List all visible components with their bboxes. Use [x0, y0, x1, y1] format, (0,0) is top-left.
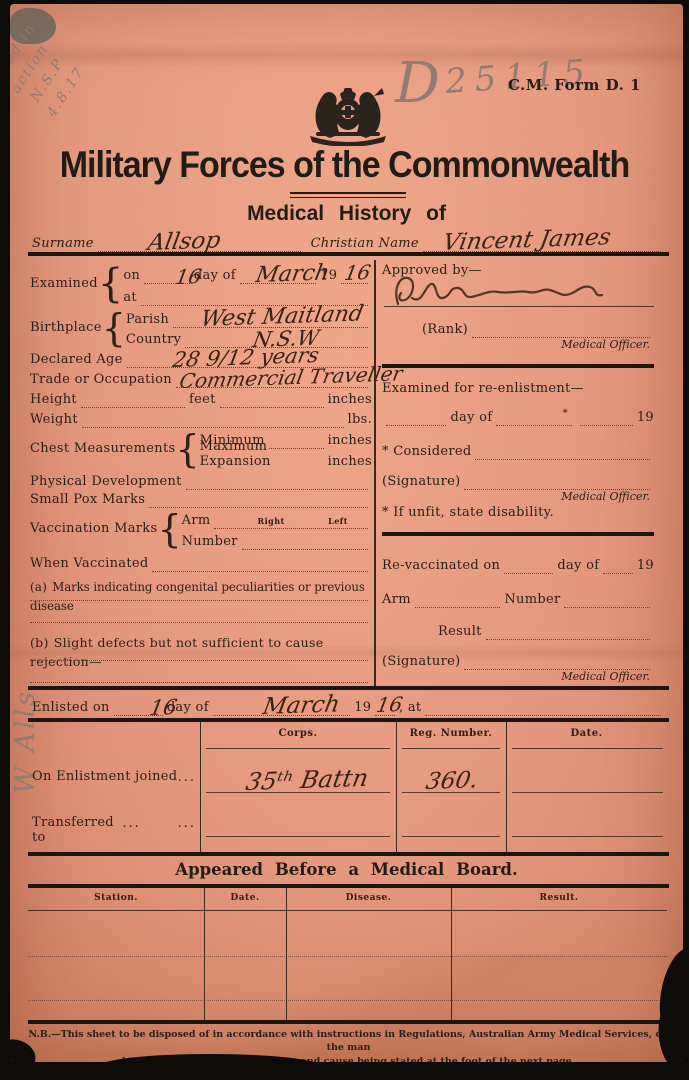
date-cell — [512, 836, 663, 837]
height-feet-field — [81, 392, 185, 408]
parish-row: Parish West Maitland — [126, 308, 372, 328]
table-column-line — [506, 722, 507, 852]
reg-number-cell — [402, 836, 500, 837]
signature-field-2 — [464, 654, 650, 670]
medical-board-table: Station. Date. Disease. Result. — [28, 888, 667, 1021]
day-of-label: day of — [450, 411, 492, 426]
form-number: C.M. Form D. 1 — [508, 76, 641, 94]
year-prefix: 19 — [354, 701, 371, 716]
inches-label: inches — [328, 434, 372, 449]
considered-field — [475, 444, 650, 460]
weight-row: Weight lbs. — [30, 408, 372, 428]
enlisted-year-field: 16 — [375, 700, 395, 716]
chest-label: Chest Measurements — [30, 442, 175, 457]
a-text: Marks indicating congenital peculiaritie… — [30, 580, 365, 613]
medical-officer-caption: Medical Officer. — [561, 670, 650, 683]
blank-field-line — [30, 660, 368, 661]
considered-row: * Considered — [382, 440, 654, 460]
christian-name-label: Christian Name — [311, 237, 419, 252]
surname-field: Allsop — [98, 236, 301, 252]
result-field — [486, 624, 650, 640]
rank-label: (Rank) — [422, 323, 468, 338]
medical-officer-signature — [390, 272, 622, 310]
result-label: Result — [438, 625, 482, 640]
trade-field: Commercial Traveller — [176, 372, 368, 388]
column-divider — [374, 260, 376, 686]
surname-label: Surname — [32, 237, 94, 252]
date-header: Date. — [204, 893, 286, 903]
left-arm-caption: Left — [328, 516, 348, 526]
empty-row-line — [28, 1000, 667, 1001]
examination-column: Examined on 16 day of March 19 16 at Bir… — [30, 260, 372, 688]
enlisted-on-label: Enlisted on — [32, 701, 110, 716]
reenlist-month-field: * — [496, 410, 572, 426]
vaccination-number-field — [242, 534, 368, 550]
physical-field — [186, 474, 368, 490]
row-label: Transferred to — [32, 816, 122, 846]
signature-row-2: (Signature) — [382, 650, 654, 670]
year-field: 16 — [341, 268, 368, 284]
result-header: Result. — [451, 893, 667, 903]
section-rule — [382, 532, 654, 536]
when-vaccinated-field — [152, 556, 368, 572]
smallpox-label: Small Pox Marks — [30, 493, 145, 508]
chest-min-field — [269, 433, 324, 449]
physical-label: Physical Development — [30, 475, 182, 490]
b-text: Slight defects but not sufficient to cau… — [30, 635, 323, 669]
medical-board-title: Appeared Before a Medical Board. — [10, 860, 683, 879]
when-vaccinated-label: When Vaccinated — [30, 557, 148, 572]
section-rule — [28, 884, 669, 888]
table-column-line — [200, 722, 201, 852]
enlisted-row: Enlisted on 16 day of March 19 16 , at — [32, 692, 665, 716]
corps-cell — [206, 836, 390, 837]
christian-name-field: Vincent James — [423, 236, 661, 252]
inches-label: inches — [328, 393, 372, 408]
year-prefix: 19 — [637, 411, 654, 426]
subtitle: Medical History of — [10, 202, 683, 226]
smallpox-field — [149, 492, 368, 508]
weight-label: Weight — [30, 413, 78, 428]
disease-header: Disease. — [286, 893, 451, 903]
asterisk-mark: * — [563, 408, 568, 420]
examined-group: Examined on 16 day of March 19 16 at — [30, 262, 372, 306]
date-header: Date. — [506, 728, 667, 739]
scanned-form-page: Killed in action N.S.P 4.8.17 D 25115 C.… — [10, 4, 683, 1062]
a-label: (a) — [30, 580, 47, 594]
vaccination-group: Vaccination Marks Arm Right Left Number — [30, 508, 372, 550]
section-rule — [28, 252, 669, 256]
reenlistment-label: Examined for re-enlistment— — [382, 382, 584, 397]
signature-label: (Signature) — [382, 475, 460, 490]
trade-row: Trade or Occupation Commercial Traveller — [30, 368, 372, 388]
corps-value: 35ᵗʰ Battn — [244, 766, 370, 794]
revaccinated-label: Re-vaccinated on — [382, 559, 500, 574]
weight-field — [82, 412, 344, 428]
approval-column: Approved by— (Rank) Medical Officer. Exa… — [382, 260, 660, 688]
right-arm-caption: Right — [257, 516, 284, 526]
rank-field — [472, 322, 650, 338]
country-label: Country — [126, 333, 181, 348]
enlisted-day-field: 16 — [114, 700, 163, 716]
title-divider — [290, 192, 406, 198]
arm-label: Arm — [182, 514, 211, 529]
height-label: Height — [30, 393, 77, 408]
section-rule — [28, 852, 669, 856]
trade-value: Commercial Traveller — [178, 363, 404, 391]
section-rule — [28, 686, 669, 690]
number-field — [564, 592, 650, 608]
row-label: On Enlistment joined — [32, 770, 177, 785]
rank-row: (Rank) — [422, 318, 654, 338]
chest-max-row: Maximum Expansion inches — [200, 449, 372, 470]
when-vaccinated-row: When Vaccinated — [30, 552, 372, 572]
medical-officer-caption: Medical Officer. — [561, 490, 650, 503]
station-header: Station. — [28, 893, 204, 903]
header-underline — [402, 748, 500, 749]
defects-b-row: (b) Slight defects but not sufficient to… — [30, 632, 372, 670]
considered-label: * Considered — [382, 445, 471, 460]
chest-group: Chest Measurements Minimum inches Maximu… — [30, 428, 372, 470]
name-row: Surname Allsop Christian Name Vincent Ja… — [32, 228, 665, 252]
number-label: Number — [182, 535, 238, 550]
blank-field-line — [30, 600, 368, 601]
smallpox-row: Small Pox Marks — [30, 490, 372, 508]
if-unfit-label: * If unfit, state disability. — [382, 506, 554, 521]
vaccination-label: Vaccination Marks — [30, 522, 157, 537]
page-title: Military Forces of the Commonwealth — [20, 144, 669, 187]
table-column-line — [286, 888, 287, 1021]
examined-on-row: on 16 day of March 19 16 — [123, 262, 372, 284]
arm-label: Arm — [382, 593, 411, 608]
declared-age-label: Declared Age — [30, 353, 123, 368]
header-underline — [28, 910, 667, 911]
row-dots: ... ... — [122, 816, 196, 846]
enlisted-month-field: March — [213, 700, 350, 716]
arm-field — [415, 592, 501, 608]
revacc-day-field — [504, 558, 553, 574]
month-field: March — [240, 268, 316, 284]
enlistment-table: Corps. Reg. Number. Date. On Enlistment … — [28, 722, 667, 852]
reenlist-year-field — [580, 410, 633, 426]
footer-note-line-1: N.B.—This sheet to be disposed of in acc… — [24, 1028, 673, 1055]
inches-label: inches — [328, 455, 372, 470]
section-rule — [28, 1020, 669, 1024]
revaccinated-row: Re-vaccinated on day of 19 — [382, 554, 654, 574]
table-column-line — [204, 888, 205, 1021]
reenlist-day-field — [386, 410, 446, 426]
table-row: On Enlistment joined ... — [32, 770, 196, 785]
approved-signature-line — [384, 306, 654, 307]
table-row: Transferred to ... ... — [32, 816, 196, 846]
parish-label: Parish — [126, 313, 169, 328]
blank-field-line — [30, 682, 368, 683]
on-label: on — [123, 269, 140, 284]
physical-row: Physical Development — [30, 472, 372, 490]
table-column-line — [396, 722, 397, 852]
reg-number-value: 360. — [424, 769, 480, 794]
revacc-month-field — [603, 558, 633, 574]
birthplace-label: Birthplace — [30, 321, 102, 336]
day-of-label: day of — [557, 559, 599, 574]
height-inches-field — [220, 392, 324, 408]
section-rule — [382, 364, 654, 368]
parish-field: West Maitland — [173, 312, 368, 328]
vaccination-arm-row: Arm Right Left — [182, 508, 372, 529]
vaccination-number-row: Number — [182, 529, 372, 550]
corps-header: Corps. — [200, 728, 396, 739]
feet-label: feet — [189, 393, 216, 408]
footer-note: N.B.—This sheet to be disposed of in acc… — [24, 1028, 673, 1062]
signature-field — [464, 474, 650, 490]
enlisted-day: 16 — [148, 697, 179, 719]
examined-year: 16 — [343, 262, 372, 283]
reg-number-cell: 360. — [402, 792, 500, 793]
enlisted-month: March — [261, 693, 342, 719]
reenlistment-date-row: day of * 19 — [382, 406, 654, 426]
marks-a-row: (a) Marks indicating congenital peculiar… — [30, 576, 372, 614]
vaccination-arm-field: Right Left — [214, 513, 368, 529]
at-label: at — [123, 291, 137, 306]
lbs-label: lbs. — [348, 413, 372, 428]
arm-number-row: Arm Number — [382, 588, 654, 608]
signature-row: (Signature) — [382, 470, 654, 490]
enlisted-year: 16 — [375, 694, 404, 715]
header-underline — [512, 748, 663, 749]
reg-number-header: Reg. Number. — [396, 728, 506, 739]
row-dots: ... — [178, 770, 196, 785]
day-field: 16 — [144, 268, 190, 284]
year-prefix: 19 — [637, 559, 654, 574]
christian-name-value: Vincent James — [441, 226, 613, 255]
blank-field-line — [30, 622, 368, 623]
trade-label: Trade or Occupation — [30, 373, 172, 388]
table-column-line — [451, 888, 452, 1021]
examined-month: March — [254, 262, 331, 287]
corps-cell: 35ᵗʰ Battn — [206, 792, 390, 793]
result-row: Result — [438, 620, 654, 640]
royal-coat-of-arms-icon — [290, 82, 406, 150]
date-cell — [512, 792, 663, 793]
examined-label: Examined — [30, 277, 98, 292]
medical-officer-caption: Medical Officer. — [561, 338, 650, 351]
header-underline — [206, 748, 390, 749]
empty-row-line — [28, 956, 667, 957]
number-label: Number — [504, 593, 560, 608]
height-row: Height feet inches — [30, 388, 372, 408]
enlisted-at-field — [425, 700, 661, 716]
signature-label: (Signature) — [382, 655, 460, 670]
examined-day: 16 — [174, 266, 203, 287]
